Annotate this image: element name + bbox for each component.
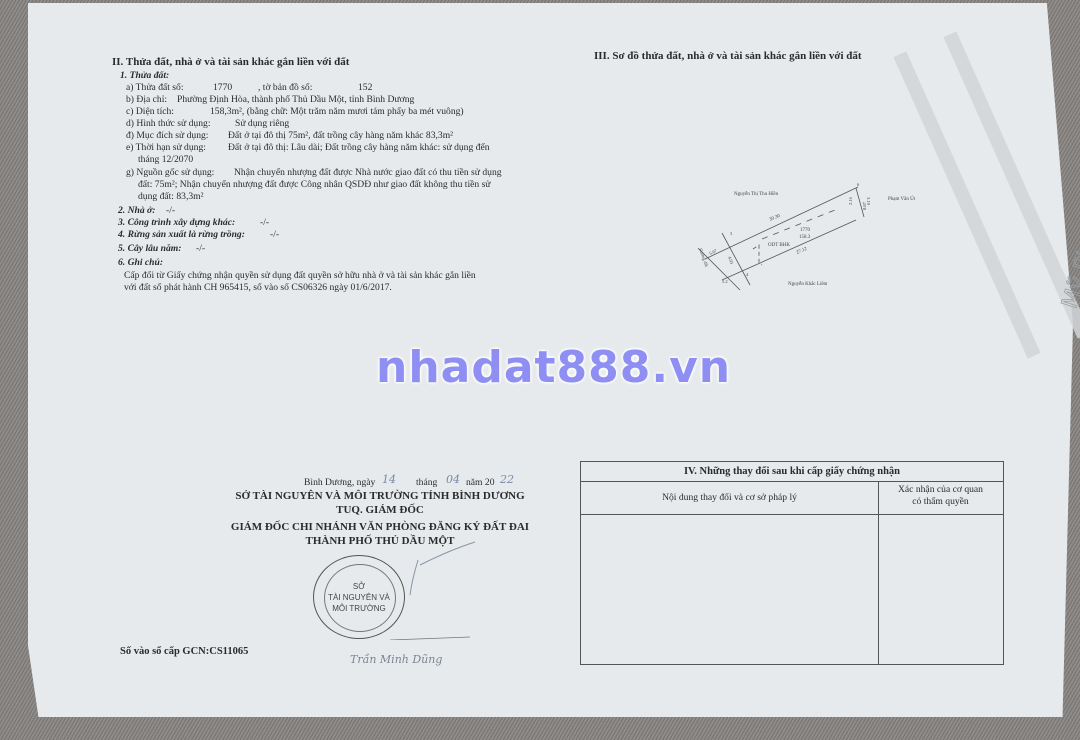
svg-text:158.3: 158.3 bbox=[799, 235, 811, 240]
signer-name: Trần Minh Dũng bbox=[350, 654, 442, 666]
item6-note: 6. Ghi chú: bbox=[118, 257, 163, 269]
area-label: c) Diện tích: bbox=[126, 106, 174, 118]
svg-text:ODT BHK: ODT BHK bbox=[768, 243, 790, 248]
svg-text:4.93: 4.93 bbox=[727, 256, 735, 266]
usage-term-value-2: tháng 12/2070 bbox=[138, 154, 193, 166]
svg-text:3: 3 bbox=[730, 231, 733, 236]
date-prefix: Bình Dương, ngày bbox=[304, 477, 375, 489]
authority-column-header-2: có thẩm quyền bbox=[878, 496, 1003, 508]
east-neighbor: Phạm Văn Út bbox=[888, 196, 916, 202]
changes-table: IV. Những thay đổi sau khi cấp giấy chứn… bbox=[580, 461, 1004, 665]
authorization-line: TUQ. GIÁM ĐỐC bbox=[200, 504, 560, 516]
south-neighbor: Nguyễn Khắc Liêm bbox=[788, 281, 828, 287]
item5-value: -/- bbox=[196, 243, 205, 255]
svg-text:30.30: 30.30 bbox=[769, 214, 782, 223]
signature-mark bbox=[390, 540, 480, 640]
item3-construction: 3. Công trình xây dựng khác: bbox=[118, 217, 235, 229]
origin-value: Nhận chuyển nhượng đất được Nhà nước gia… bbox=[234, 167, 502, 179]
date-month-label: tháng bbox=[416, 477, 437, 489]
map-sheet-label: , tờ bản đồ số: bbox=[258, 82, 312, 94]
item4-forest: 4. Rừng sản xuất là rừng trồng: bbox=[118, 229, 245, 241]
address-label: b) Địa chỉ: bbox=[126, 94, 167, 106]
changes-column-header: Nội dung thay đổi và cơ sở pháp lý bbox=[581, 492, 878, 504]
parcel-label: a) Thửa đất số: bbox=[126, 82, 184, 94]
date-year-label: năm 20 bbox=[466, 477, 495, 489]
parcel-diagram: Nguyễn Thị Thu Hiền Phạm Văn Út Nguyễn K… bbox=[680, 175, 940, 295]
authority-column-header-1: Xác nhận của cơ quan bbox=[878, 484, 1003, 496]
area-value: 158,3m², (bằng chữ: Một trăm năm mươi tá… bbox=[210, 106, 464, 118]
item2-house: 2. Nhà ở: bbox=[118, 205, 155, 217]
map-sheet-number: 152 bbox=[358, 82, 372, 94]
usage-purpose-value: Đất ở tại đô thị 75m², đất trồng cây hàn… bbox=[228, 130, 453, 142]
note-line-1: Cấp đổi từ Giấy chứng nhận quyền sử dụng… bbox=[124, 270, 476, 282]
item2-value: -/- bbox=[166, 205, 175, 217]
item4-value: -/- bbox=[270, 229, 279, 241]
svg-text:1770: 1770 bbox=[800, 228, 811, 233]
origin-value-2: đất: 75m²; Nhận chuyển nhượng đất được C… bbox=[138, 179, 491, 191]
svg-text:6: 6 bbox=[857, 182, 860, 187]
svg-text:27.12: 27.12 bbox=[796, 247, 809, 256]
svg-text:2.16: 2.16 bbox=[848, 196, 853, 205]
item1-title: 1. Thửa đất: bbox=[120, 70, 169, 82]
svg-text:5.2: 5.2 bbox=[722, 279, 728, 284]
svg-text:4: 4 bbox=[746, 272, 749, 277]
usage-form-label: d) Hình thức sử dụng: bbox=[126, 118, 210, 130]
usage-form-value: Sử dụng riêng bbox=[235, 118, 289, 130]
issuing-organization: SỞ TÀI NGUYÊN VÀ MÔI TRƯỜNG TỈNH BÌNH DƯ… bbox=[200, 490, 560, 502]
svg-text:0.87: 0.87 bbox=[862, 201, 867, 210]
origin-value-3: dụng đất: 83,3m² bbox=[138, 191, 204, 203]
usage-term-label: e) Thời hạn sử dụng: bbox=[126, 142, 206, 154]
item5-perennial: 5. Cây lâu năm: bbox=[118, 243, 181, 255]
usage-term-value: Đất ở tại đô thị: Lâu dài; Đất trồng cây… bbox=[228, 142, 490, 154]
register-number: Số vào sổ cấp GCN:CS11065 bbox=[120, 646, 248, 658]
section2-title: II. Thửa đất, nhà ở và tài sản khác gắn … bbox=[112, 56, 349, 68]
note-line-2: với đất số phát hành CH 965415, số vào s… bbox=[124, 282, 392, 294]
center-watermark: nhadat888.vn bbox=[376, 342, 731, 393]
section3-title: III. Sơ đồ thửa đất, nhà ở và tài sản kh… bbox=[594, 50, 862, 62]
north-neighbor: Nguyễn Thị Thu Hiền bbox=[734, 191, 779, 197]
signer-position-1: GIÁM ĐỐC CHI NHÁNH VĂN PHÒNG ĐĂNG KÝ ĐẤT… bbox=[200, 521, 560, 533]
date-month: 04 bbox=[446, 474, 460, 486]
parcel-number: 1770 bbox=[213, 82, 232, 94]
address-value: Phường Định Hòa, thành phố Thủ Dầu Một, … bbox=[177, 94, 414, 106]
signer-position-2: THÀNH PHỐ THỦ DẦU MỘT bbox=[200, 535, 560, 547]
origin-label: g) Nguồn gốc sử dụng: bbox=[126, 167, 214, 179]
date-year: 22 bbox=[500, 474, 514, 486]
section4-title: IV. Những thay đổi sau khi cấp giấy chứn… bbox=[581, 466, 1003, 478]
usage-purpose-label: đ) Mục đích sử dụng: bbox=[126, 130, 208, 142]
item3-value: -/- bbox=[260, 217, 269, 229]
date-day: 14 bbox=[382, 474, 396, 486]
